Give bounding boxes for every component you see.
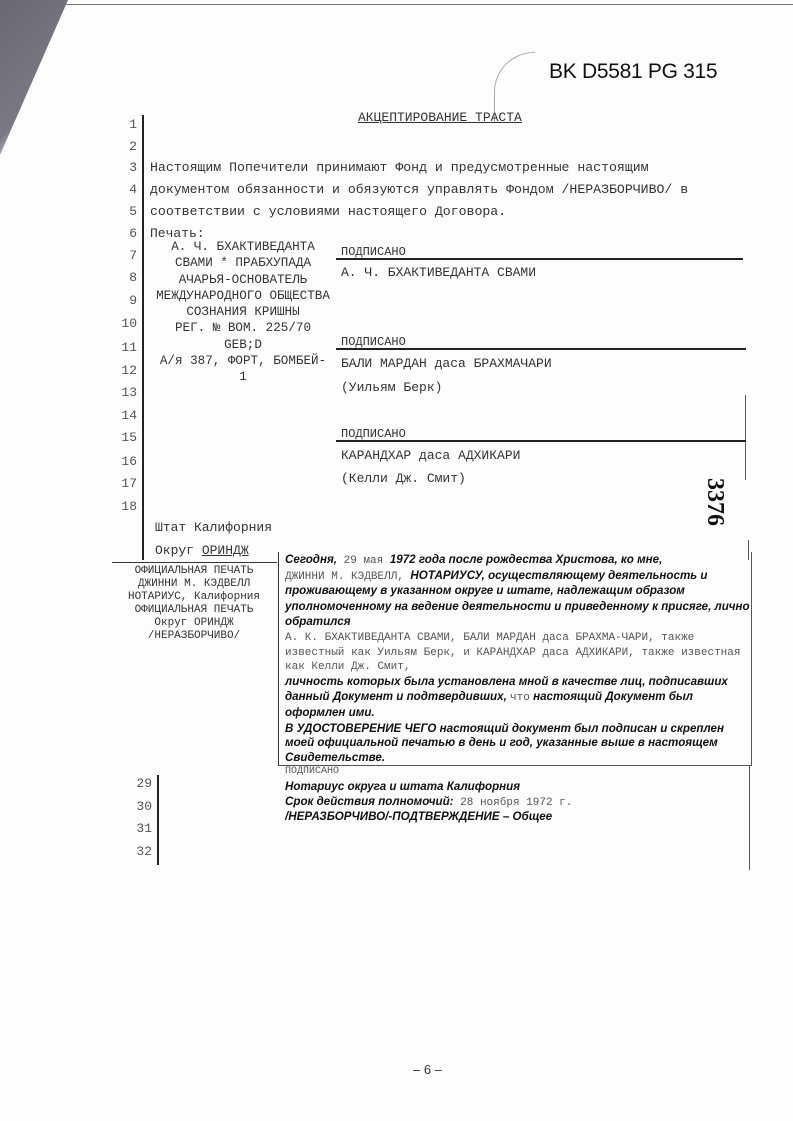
notary-expiry-label: Срок действия полномочий: bbox=[285, 795, 454, 808]
notary-text: 1972 года после рождества Христова, ко м… bbox=[390, 553, 663, 566]
signature-1-line bbox=[336, 258, 743, 260]
signature-3-name: КАРАНДХАР даса АДХИКАРИ bbox=[341, 448, 520, 463]
margin-line-bottom bbox=[157, 775, 159, 865]
signature-2-name: БАЛИ МАРДАН даса БРАХМАЧАРИ bbox=[341, 356, 552, 371]
signature-3-label: ПОДПИСАНО bbox=[341, 427, 406, 441]
seal-line: МЕЖДУНАРОДНОГО ОБЩЕСТВА bbox=[148, 288, 338, 304]
line-number: 3 bbox=[107, 160, 137, 175]
stamp-line: ОФИЦИАЛЬНАЯ ПЕЧАТЬ bbox=[110, 604, 278, 617]
right-margin-line bbox=[745, 395, 746, 480]
line-number: 17 bbox=[107, 476, 137, 491]
notary-p1: Сегодня, 29 мая 1972 года после рождеств… bbox=[285, 553, 755, 569]
notary-signed: ПОДПИСАНО bbox=[285, 765, 755, 780]
seal-line: СОЗНАНИЯ КРИШНЫ bbox=[148, 304, 338, 320]
notary-expiry-value: 28 ноября 1972 г. bbox=[454, 797, 573, 809]
line-number: 32 bbox=[122, 844, 152, 859]
line-number: 4 bbox=[107, 182, 137, 197]
body-line-3: Настоящим Попечители принимают Фонд и пр… bbox=[150, 160, 649, 175]
seal-line: 1 bbox=[148, 369, 338, 385]
signature-2-alias: (Уильям Берк) bbox=[341, 380, 442, 395]
stamp-top-line bbox=[112, 562, 277, 563]
line-number: 29 bbox=[122, 776, 152, 791]
scan-shadow bbox=[0, 0, 90, 160]
line-number: 10 bbox=[107, 316, 137, 331]
stamp-line: ДЖИННИ М. КЭДВЕЛЛ bbox=[110, 578, 278, 591]
seal-line: СВАМИ * ПРАБХУПАДА bbox=[148, 255, 338, 271]
book-page-reference: BK D5581 PG 315 bbox=[549, 60, 717, 84]
line-number: 11 bbox=[107, 340, 137, 355]
line-number: 2 bbox=[107, 139, 137, 154]
body-line-4: документом обязанности и обязуются управ… bbox=[150, 182, 688, 197]
page-number: – 6 – bbox=[413, 1062, 442, 1077]
line-number: 12 bbox=[107, 363, 137, 378]
notary-expiry: Срок действия полномочий: 28 ноября 1972… bbox=[285, 795, 755, 811]
line-number: 30 bbox=[122, 799, 152, 814]
margin-number: 3376 bbox=[701, 478, 728, 526]
stamp-line: ОФИЦИАЛЬНАЯ ПЕЧАТЬ bbox=[110, 565, 278, 578]
line-number: 18 bbox=[107, 499, 137, 514]
line-number: 1 bbox=[107, 117, 137, 132]
line-number: 7 bbox=[107, 248, 137, 263]
notary-footer: /НЕРАЗБОРЧИВО/-ПОДТВЕРЖДЕНИЕ – Общее bbox=[285, 810, 755, 825]
document-title: АКЦЕПТИРОВАНИЕ ТРАСТА bbox=[358, 110, 522, 125]
seal-line: А. Ч. БХАКТИВЕДАНТА bbox=[148, 239, 338, 255]
line-number: 14 bbox=[107, 408, 137, 423]
margin-line-top bbox=[142, 115, 144, 560]
stamp-line: Округ ОРИНДЖ bbox=[110, 617, 278, 630]
line-number: 8 bbox=[107, 270, 137, 285]
notary-name: ДЖИННИ М. КЭДВЕЛЛ, bbox=[285, 571, 410, 583]
line-number: 13 bbox=[107, 385, 137, 400]
signature-1-name: А. Ч. БХАКТИВЕДАНТА СВАМИ bbox=[341, 265, 536, 280]
notary-text: Сегодня, bbox=[285, 553, 337, 566]
notary-p4: личность которых была установлена мной в… bbox=[285, 675, 755, 722]
line-number: 5 bbox=[107, 204, 137, 219]
notary-p3: А. К. БХАКТИВЕДАНТА СВАМИ, БАЛИ МАРДАН д… bbox=[285, 631, 755, 675]
notary-stamp: ОФИЦИАЛЬНАЯ ПЕЧАТЬ ДЖИННИ М. КЭДВЕЛЛ НОТ… bbox=[110, 565, 278, 643]
line-number: 16 bbox=[107, 454, 137, 469]
venue-state: Штат Калифорния bbox=[155, 520, 272, 535]
seal-line: GEB;D bbox=[148, 337, 338, 353]
stamp-line: НОТАРИУС, Калифорния bbox=[110, 591, 278, 604]
notary-title: Нотариус округа и штата Калифорния bbox=[285, 780, 755, 795]
page-top-edge bbox=[66, 0, 793, 5]
notary-date: 29 мая bbox=[337, 555, 390, 567]
line-number: 6 bbox=[107, 226, 137, 241]
seal-line: А/я 387, ФОРТ, БОМБЕЙ- bbox=[148, 353, 338, 369]
seal-line: РЕГ. № BOM. 225/70 bbox=[148, 320, 338, 336]
signature-1-label: ПОДПИСАНО bbox=[341, 245, 406, 259]
venue-county-label: Округ bbox=[155, 543, 194, 558]
seal-text: А. Ч. БХАКТИВЕДАНТА СВАМИ * ПРАБХУПАДА А… bbox=[148, 239, 338, 386]
seal-line: АЧАРЬЯ-ОСНОВАТЕЛЬ bbox=[148, 272, 338, 288]
signature-2-line bbox=[336, 348, 746, 350]
notary-p2: ДЖИННИ М. КЭДВЕЛЛ, НОТАРИУСУ, осуществля… bbox=[285, 569, 755, 631]
line-number: 31 bbox=[122, 821, 152, 836]
notary-p5: В УДОСТОВЕРЕНИЕ ЧЕГО настоящий документ … bbox=[285, 722, 755, 766]
body-line-5: соответствии с условиями настоящего Дого… bbox=[150, 204, 506, 219]
venue-county-value: ОРИНДЖ bbox=[202, 543, 249, 558]
line-number: 15 bbox=[107, 430, 137, 445]
signature-2-label: ПОДПИСАНО bbox=[341, 335, 406, 349]
line-number: 9 bbox=[107, 293, 137, 308]
signature-3-alias: (Келли Дж. Смит) bbox=[341, 471, 466, 486]
venue-county: Округ ОРИНДЖ bbox=[155, 543, 249, 558]
notary-text: что bbox=[510, 692, 530, 704]
stamp-line: /НЕРАЗБОРЧИВО/ bbox=[110, 630, 278, 643]
notary-certificate: Сегодня, 29 мая 1972 года после рождеств… bbox=[285, 553, 755, 825]
signature-3-line bbox=[336, 440, 746, 442]
right-margin-line-3 bbox=[749, 765, 750, 870]
